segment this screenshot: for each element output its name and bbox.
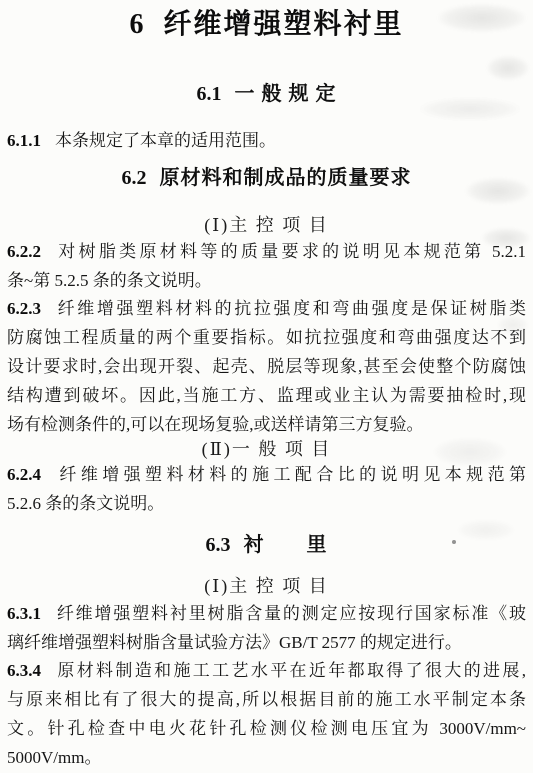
section-heading-6-2: 6.2原材料和制成品的质量要求 xyxy=(0,166,533,190)
clause-line: 6.2.4纤维增强塑料材料的施工配合比的说明见本规范第 xyxy=(7,460,526,489)
clause-line: 5.2.6 条的条文说明。 xyxy=(7,489,526,518)
clause-number: 6.3.1 xyxy=(7,604,41,623)
clause-line: 6.2.3纤维增强塑料材料的抗拉强度和弯曲强度是保证树脂类 xyxy=(7,294,526,323)
clause-text: 纤维增强塑料材料的施工配合比的说明见本规范第 xyxy=(55,465,526,484)
clause-number: 6.1.1 xyxy=(7,131,41,150)
subheading-main-items-6-2: (Ⅰ)主 控 项 目 xyxy=(0,214,533,236)
subheading-text: (Ⅱ)一 般 项 目 xyxy=(202,439,332,459)
section-number: 6.3 xyxy=(206,534,231,556)
scan-artifact xyxy=(487,56,529,80)
chapter-number: 6 xyxy=(129,9,145,40)
clause-line: 设计要求时,会出现开裂、起壳、脱层等现象,甚至会使整个防腐蚀 xyxy=(7,352,526,381)
clause-text: 纤维增强塑料材料的抗拉强度和弯曲强度是保证树脂类 xyxy=(55,299,526,318)
subheading-main-items-6-3: (Ⅰ)主 控 项 目 xyxy=(0,575,533,597)
subheading-text: (Ⅰ)主 控 项 目 xyxy=(204,215,329,235)
clause-number: 6.2.2 xyxy=(7,242,41,261)
clause-6-2-2: 6.2.2对树脂类原材料等的质量要求的说明见本规范第 5.2.1 条~第 5.2… xyxy=(7,237,526,295)
section-heading-6-3: 6.3衬 里 xyxy=(0,533,533,557)
clause-line: 防腐蚀工程质量的两个重要指标。如抗拉强度和弯曲强度达不到 xyxy=(7,323,526,352)
clause-number: 6.2.3 xyxy=(7,299,41,318)
clause-line: 6.3.1纤维增强塑料衬里树脂含量的测定应按现行国家标准《玻 xyxy=(7,599,526,628)
clause-line: 文。针孔检查中电火花针孔检测仪检测电压宜为 3000V/mm~ xyxy=(7,714,526,743)
section-title-text: 衬 里 xyxy=(244,534,328,556)
clause-line: 6.3.4原材料制造和施工工艺水平在近年都取得了很大的进展, xyxy=(7,656,526,685)
clause-text: 纤维增强塑料衬里树脂含量的测定应按现行国家标准《玻 xyxy=(55,604,526,623)
clause-text: 原材料制造和施工工艺水平在近年都取得了很大的进展, xyxy=(55,661,526,680)
subheading-text: (Ⅰ)主 控 项 目 xyxy=(204,576,329,596)
clause-number: 6.3.4 xyxy=(7,661,41,680)
clause-6-2-4: 6.2.4纤维增强塑料材料的施工配合比的说明见本规范第 5.2.6 条的条文说明… xyxy=(7,460,526,518)
section-number: 6.2 xyxy=(122,167,147,189)
clause-6-2-3: 6.2.3纤维增强塑料材料的抗拉强度和弯曲强度是保证树脂类 防腐蚀工程质量的两个… xyxy=(7,294,526,439)
section-title-text: 原材料和制成品的质量要求 xyxy=(160,167,412,189)
clause-line: 5000V/mm。 xyxy=(7,743,526,772)
clause-text: 对树脂类原材料等的质量要求的说明见本规范第 5.2.1 xyxy=(55,242,526,261)
clause-line: 场有检测条件的,可以在现场复验,或送样请第三方复验。 xyxy=(7,410,526,439)
clause-line: 璃纤维增强塑料树脂含量试验方法》GB/T 2577 的规定进行。 xyxy=(7,628,526,657)
clause-6-1-1: 6.1.1本条规定了本章的适用范围。 xyxy=(7,126,526,155)
subheading-general-items-6-2: (Ⅱ)一 般 项 目 xyxy=(0,438,533,460)
clause-line: 条~第 5.2.5 条的条文说明。 xyxy=(7,266,526,295)
chapter-title: 6纤维增强塑料衬里 xyxy=(0,8,533,42)
clause-line: 与原来相比有了很大的提高,所以根据目前的施工水平制定本条 xyxy=(7,685,526,714)
clause-6-3-4: 6.3.4原材料制造和施工工艺水平在近年都取得了很大的进展, 与原来相比有了很大… xyxy=(7,656,526,772)
clause-line: 6.2.2对树脂类原材料等的质量要求的说明见本规范第 5.2.1 xyxy=(7,237,526,266)
clause-number: 6.2.4 xyxy=(7,465,41,484)
clause-line: 6.1.1本条规定了本章的适用范围。 xyxy=(7,126,526,155)
clause-6-3-1: 6.3.1纤维增强塑料衬里树脂含量的测定应按现行国家标准《玻 璃纤维增强塑料树脂… xyxy=(7,599,526,657)
chapter-title-text: 纤维增强塑料衬里 xyxy=(163,9,403,40)
section-number: 6.1 xyxy=(197,83,222,105)
document-page: 6纤维增强塑料衬里 6.1一 般 规 定 6.1.1本条规定了本章的适用范围。 … xyxy=(0,0,533,773)
section-heading-6-1: 6.1一 般 规 定 xyxy=(0,82,533,106)
clause-line: 结构遭到破坏。因此,当施工方、监理或业主认为需要抽检时,现 xyxy=(7,381,526,410)
clause-text: 本条规定了本章的适用范围。 xyxy=(55,131,276,150)
section-title-text: 一 般 规 定 xyxy=(235,83,337,105)
